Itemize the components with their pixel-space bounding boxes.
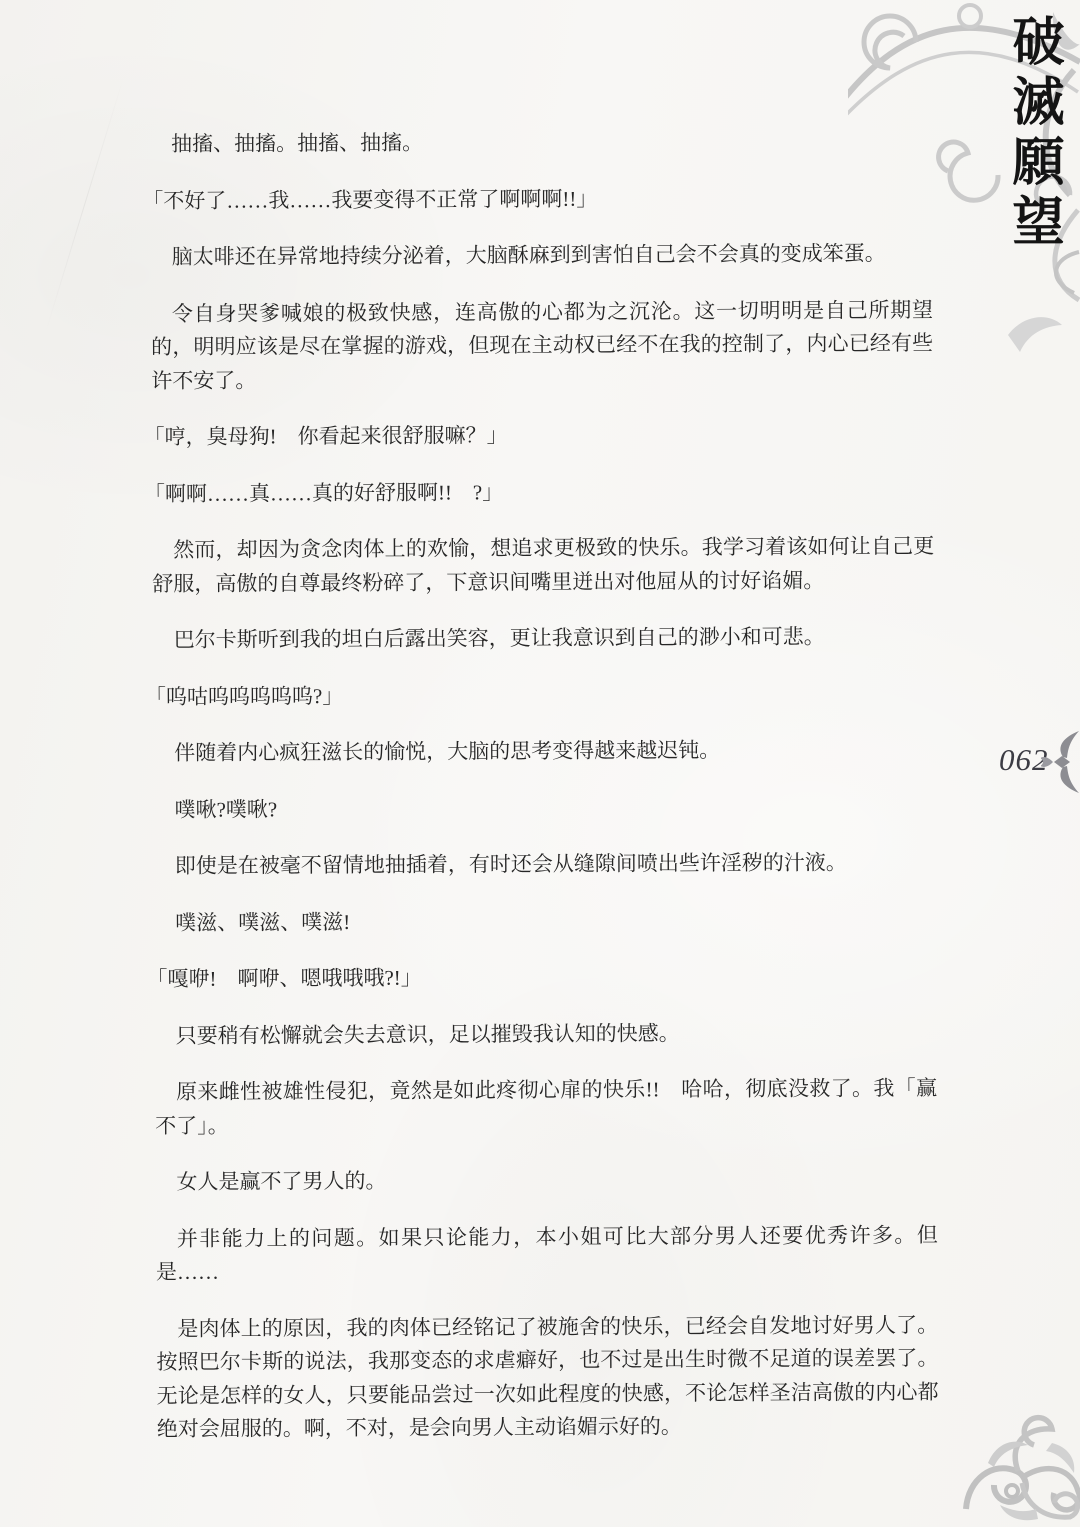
body-paragraph: 巴尔卡斯听到我的坦白后露出笑容，更让我意识到自己的渺小和可悲。 — [153, 620, 935, 658]
body-paragraph: 然而，却因为贪念肉体上的欢愉，想追求更极致的快乐。我学习着该如何让自己更舒服，高… — [152, 530, 934, 601]
dialogue-paragraph: 「嘎咿! 啊咿、嗯哦哦哦?!」 — [146, 959, 936, 997]
body-paragraph: 原来雌性被雄性侵犯，竟然是如此疼彻心扉的快乐!! 哈哈，彻底没救了。我「赢不了」… — [155, 1072, 937, 1143]
body-paragraph: 即使是在被毫不留情地抽插着，有时还会从缝隙间喷出些许淫秽的汁液。 — [154, 846, 936, 884]
dialogue-paragraph: 「哼，臭母狗! 你看起来很舒服嘛？」 — [144, 417, 934, 455]
body-paragraph: 噗滋、噗滋、噗滋! — [154, 902, 936, 940]
body-paragraph: 女人是赢不了男人的。 — [155, 1162, 937, 1200]
body-paragraph: 抽搐、抽搐。抽搐、抽搐。 — [150, 124, 932, 162]
body-paragraph: 并非能力上的问题。如果只论能力，本小姐可比大部分男人还要优秀许多。但是…… — [156, 1218, 938, 1289]
book-title-vertical: 破滅願望 — [1005, 14, 1060, 254]
paper-crease — [45, 76, 125, 334]
corner-flourish-bottom-right-icon — [948, 1399, 1080, 1527]
body-paragraph: 脑太啡还在异常地持续分泌着，大脑酥麻到到害怕自己会不会真的变成笨蛋。 — [151, 237, 933, 275]
page-number-ornament-icon — [1041, 730, 1080, 794]
book-page: 破滅願望 062 抽搐、抽搐。抽搐、抽搐。「不好了……我……我要变得不正常了啊啊… — [0, 0, 1080, 1527]
body-paragraph: 只要稍有松懈就会失去意识，足以摧毁我认知的快感。 — [155, 1015, 937, 1053]
body-paragraph: 噗啾?噗啾? — [153, 789, 935, 827]
body-paragraph: 是肉体上的原因，我的肉体已经铭记了被施舍的快乐，已经会自发地讨好男人了。按照巴尔… — [156, 1308, 939, 1446]
dialogue-paragraph: 「啊啊……真……真的好舒服啊!! ?」 — [144, 473, 934, 511]
body-text: 抽搐、抽搐。抽搐、抽搐。「不好了……我……我要变得不正常了啊啊啊!!」脑太啡还在… — [150, 124, 939, 1470]
body-paragraph: 伴随着内心疯狂滋长的愉悦，大脑的思考变得越来越迟钝。 — [153, 733, 935, 771]
dialogue-paragraph: 「不好了……我……我要变得不正常了啊啊啊!!」 — [142, 180, 932, 218]
dialogue-paragraph: 「呜咕呜呜呜呜呜?」 — [145, 676, 935, 714]
body-paragraph: 令自身哭爹喊娘的极致快感，连高傲的心都为之沉沦。这一切明明是自己所期望的，明明应… — [151, 293, 934, 398]
